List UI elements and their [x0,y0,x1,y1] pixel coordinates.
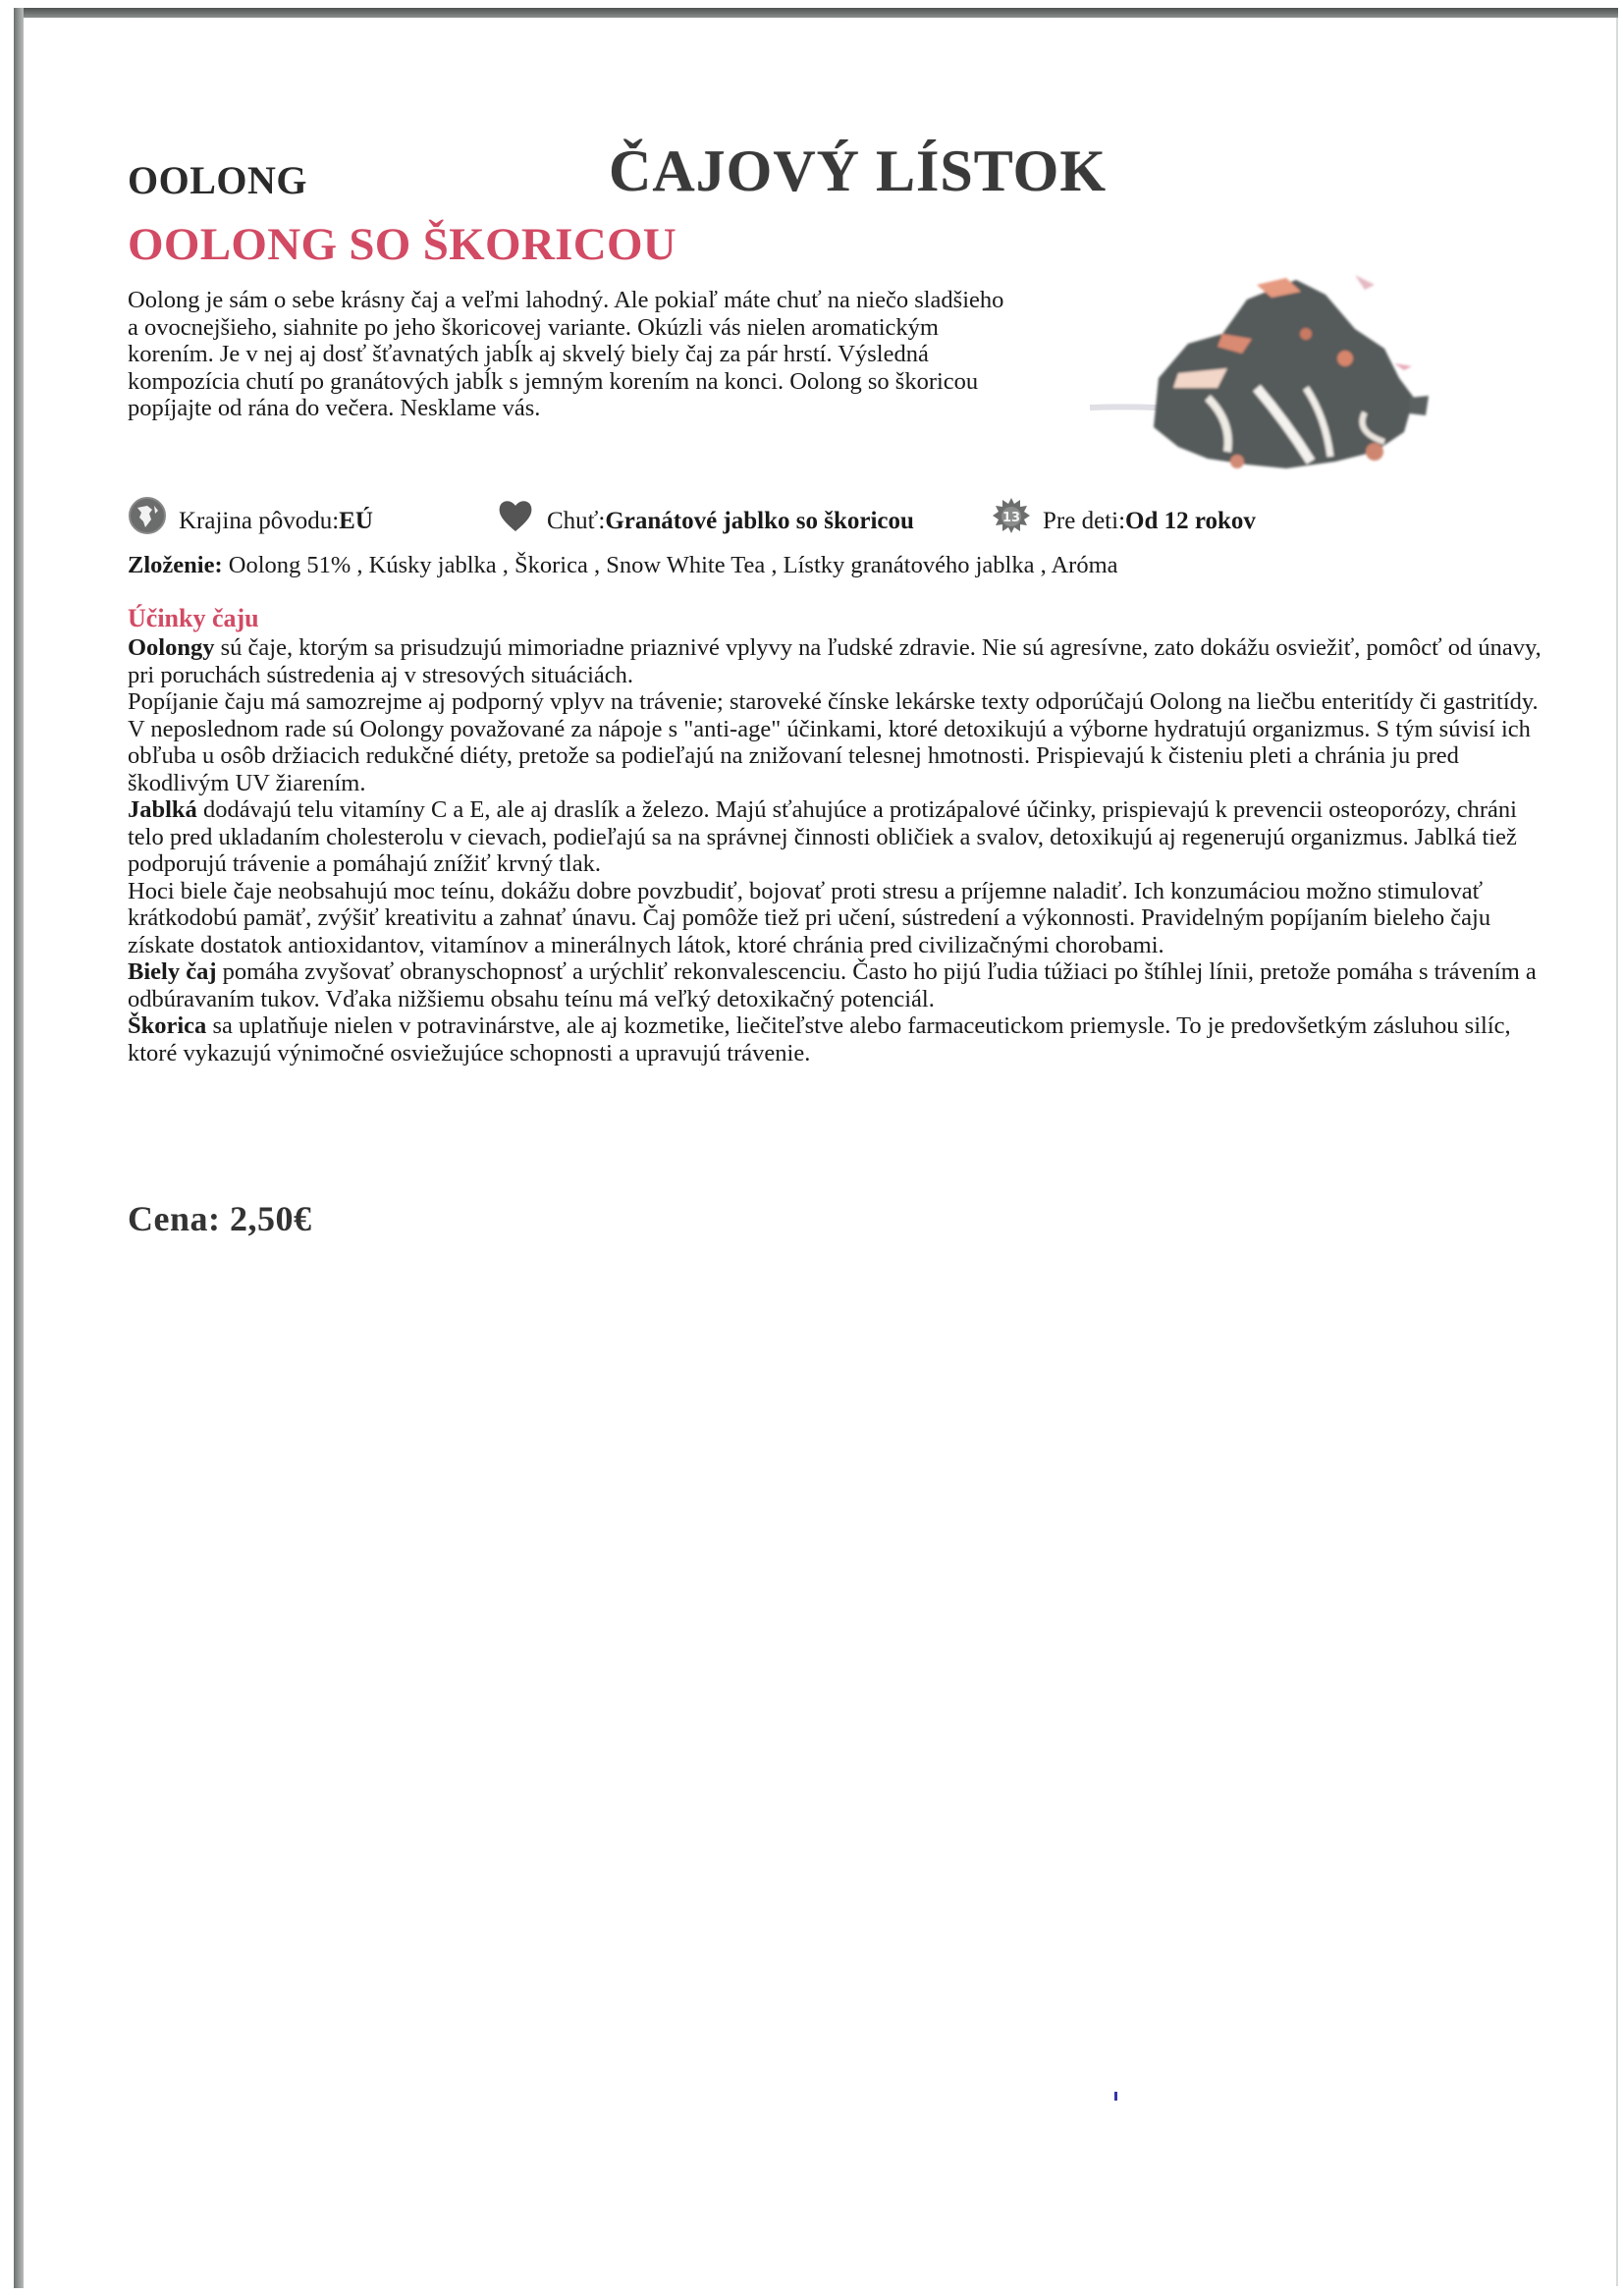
attribute-flavor: Chuť: Granátové jablko so škoricou [496,496,914,535]
effects-paragraph: Jablká dodávajú telu vitamíny C a E, ale… [128,796,1542,878]
tea-description: Oolong je sám o sebe krásny čaj a veľmi … [128,287,1011,422]
attribute-flavor-label: Chuť: [547,508,605,535]
composition-label: Zloženie: [128,552,223,578]
effects-paragraph-keyword: Oolongy [128,634,215,661]
attribute-origin: Krajina pôvodu: EÚ [128,496,373,535]
globe-icon [128,496,167,535]
effects-heading: Účinky čaju [128,604,259,633]
attribute-flavor-value: Granátové jablko so škoricou [605,508,914,535]
scan-border-top [14,8,1618,18]
effects-paragraph: Hoci biele čaje neobsahujú moc teínu, do… [128,878,1542,959]
effects-paragraph: Škorica sa uplatňuje nielen v potravinár… [128,1012,1542,1066]
effects-paragraph-text: sú čaje, ktorým sa prisudzujú mimoriadne… [128,634,1542,688]
composition-value: Oolong 51% , Kúsky jablka , Škorica , Sn… [223,552,1118,578]
effects-paragraph-text: Popíjanie čaju má samozrejme aj podporný… [128,688,1539,796]
effects-paragraph-keyword: Škorica [128,1012,206,1039]
scan-border-left [14,8,24,2288]
effects-paragraph: Biely čaj pomáha zvyšovať obranyschopnos… [128,958,1542,1012]
scan-border-right [1616,18,1618,2286]
effects-paragraph-text: pomáha zvyšovať obranyschopnosť a urýchl… [128,958,1537,1012]
composition: Zloženie: Oolong 51% , Kúsky jablka , Šk… [128,552,1118,579]
category-label: OOLONG [128,157,307,203]
effects-text: Oolongy sú čaje, ktorým sa prisudzujú mi… [128,634,1542,1066]
tea-leaves-image [1060,241,1453,486]
page-title: ČAJOVÝ LÍSTOK [609,137,1107,205]
tea-attributes: Krajina pôvodu: EÚ Chuť: Granátové jablk… [128,496,1522,545]
effects-paragraph-text: Hoci biele čaje neobsahujú moc teínu, do… [128,878,1490,958]
svg-text:13: 13 [1002,511,1020,525]
scan-artifact [1114,2092,1117,2101]
effects-paragraph: Popíjanie čaju má samozrejme aj podporný… [128,688,1542,796]
attribute-kids-value: Od 12 rokov [1125,508,1256,535]
tea-photo [1060,241,1453,486]
effects-paragraph-text: dodávajú telu vitamíny C a E, ale aj dra… [128,796,1517,877]
attribute-kids-label: Pre deti: [1043,508,1125,535]
attribute-origin-value: EÚ [339,508,373,535]
heart-icon [496,496,535,535]
attribute-origin-label: Krajina pôvodu: [179,508,339,535]
effects-paragraph-keyword: Biely čaj [128,958,217,985]
effects-paragraph: Oolongy sú čaje, ktorým sa prisudzujú mi… [128,634,1542,688]
tea-name-heading: OOLONG SO ŠKORICOU [128,218,676,271]
effects-paragraph-keyword: Jablká [128,796,197,823]
effects-paragraph-text: sa uplatňuje nielen v potravinárstve, al… [128,1012,1511,1066]
price: Cena: 2,50€ [128,1198,312,1239]
kids-badge-icon: 13 [992,496,1031,535]
attribute-kids: 13 Pre deti: Od 12 rokov [992,496,1256,535]
